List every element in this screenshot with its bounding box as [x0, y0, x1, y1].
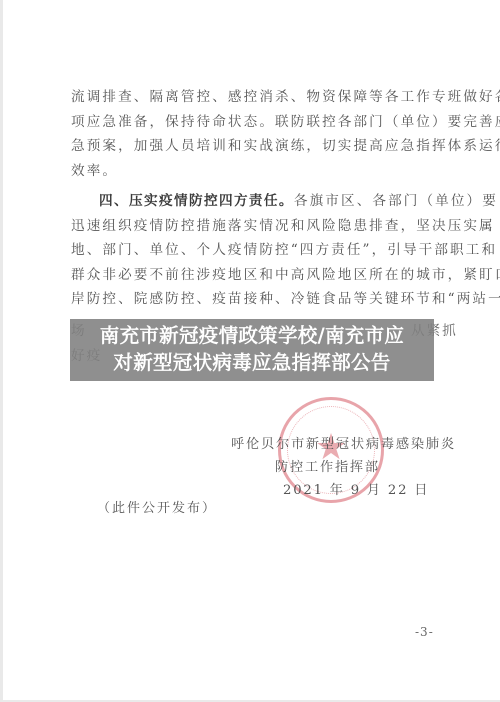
public-release-note: （此件公开发布） — [97, 497, 217, 516]
issuer-name-line-1: 呼伦贝尔市新型冠状病毒感染肺炎 — [231, 433, 461, 456]
text-line: 效率。 — [71, 160, 443, 185]
issue-date: 2021 年 9 月 22 日 — [231, 479, 461, 502]
text-line: 群众非必要不前往涉疫地区和中高风险地区所在的城市，紧盯口 — [71, 264, 443, 289]
issuer-name-line-2: 防控工作指挥部 — [231, 456, 461, 479]
issuer-signature: 呼伦贝尔市新型冠状病毒感染肺炎 防控工作指挥部 2021 年 9 月 22 日 — [231, 433, 461, 502]
text-line: 流调排查、隔离管控、感控消杀、物资保障等各工作专班做好各 — [71, 86, 443, 111]
section-heading: 四、压实疫情防控四方责任。 — [99, 193, 294, 209]
text-line: 急预案，加强人员培训和实战演练，切实提高应急指挥体系运行 — [71, 135, 443, 160]
section-four-paragraph: 四、压实疫情防控四方责任。各旗市区、各部门（单位）要 迅速组织疫情防控措施落实情… — [71, 190, 443, 313]
section-heading-line: 四、压实疫情防控四方责任。各旗市区、各部门（单位）要 — [71, 190, 443, 215]
document-page: 流调排查、隔离管控、感控消杀、物资保障等各工作专班做好各 项应急准备，保持待命状… — [0, 0, 500, 702]
page-number: -3- — [415, 625, 434, 639]
text-line: 岸防控、院感防控、疫苗接种、冷链食品等关键环节和“两站一 — [71, 288, 443, 313]
text-line: 项应急准备，保持待命状态。联防联控各部门（单位）要完善应 — [71, 111, 443, 136]
text-line: 各旗市区、各部门（单位）要 — [294, 193, 498, 209]
title-line-2: 对新型冠状病毒应急指挥部公告 — [70, 349, 434, 376]
article-title-banner: 南充市新冠疫情政策学校/南充市应 对新型冠状病毒应急指挥部公告 — [70, 319, 434, 381]
title-line-1: 南充市新冠疫情政策学校/南充市应 — [70, 322, 434, 349]
text-line: 地、部门、单位、个人疫情防控“四方责任”，引导干部职工和 — [71, 239, 443, 264]
paragraph-continuation: 流调排查、隔离管控、感控消杀、物资保障等各工作专班做好各 项应急准备，保持待命状… — [71, 86, 443, 184]
text-line: 迅速组织疫情防控措施落实情况和风险隐患排查，坚决压实属 — [71, 215, 443, 240]
